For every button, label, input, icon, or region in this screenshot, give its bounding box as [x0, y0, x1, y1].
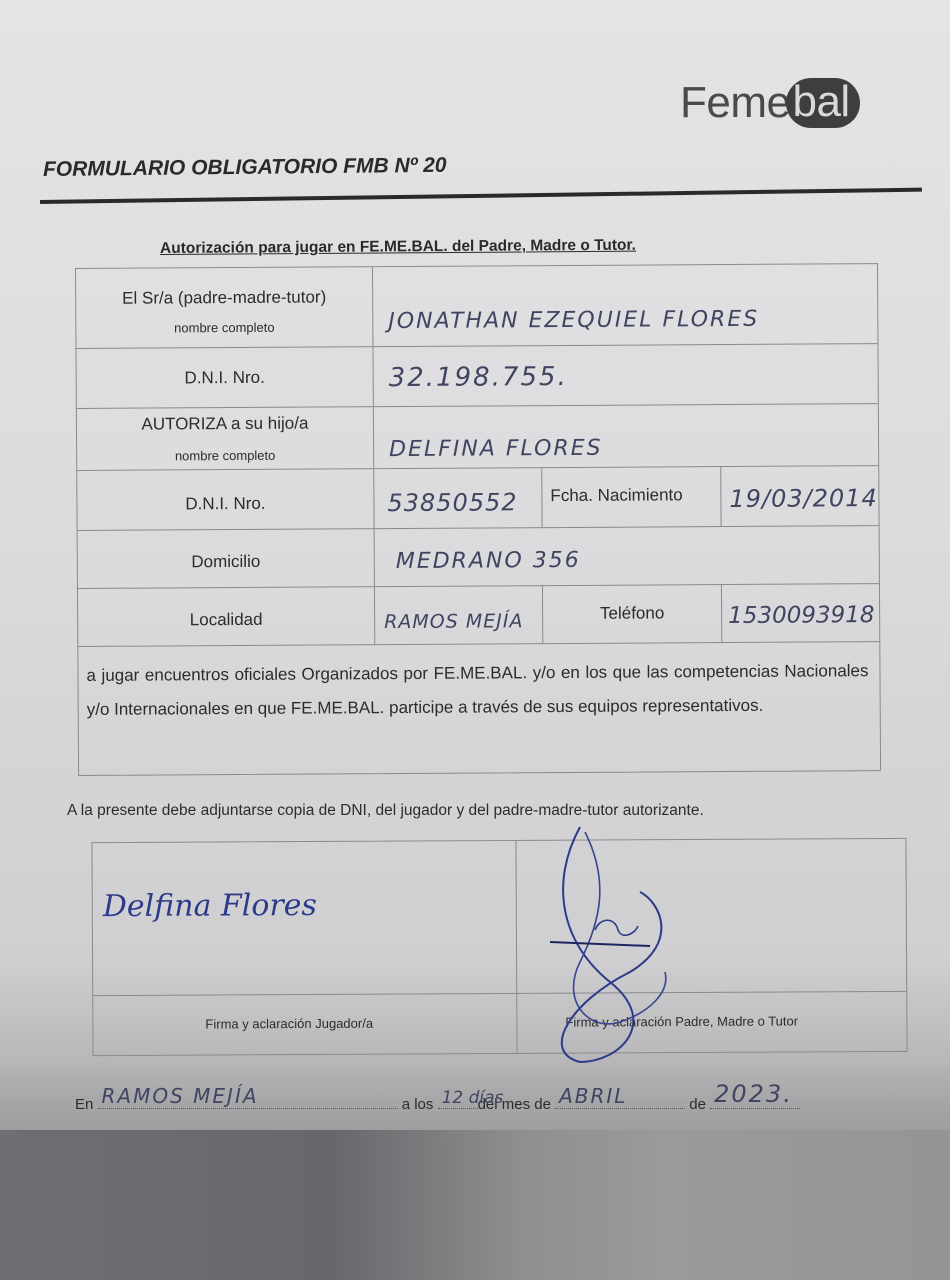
address-label: Domicilio — [78, 551, 374, 573]
logo-badge: bal — [786, 78, 859, 128]
footer-de: de — [689, 1096, 706, 1113]
birth-date-label-cell: Fcha. Nacimiento — [541, 467, 721, 527]
month-value: ABRIL — [559, 1084, 627, 1108]
date-place-line: En RAMOS MEJÍA a los 12 díasdel mes de A… — [75, 1092, 800, 1113]
title-divider — [40, 188, 922, 204]
child-dni-field[interactable]: 53850552 — [387, 488, 517, 517]
label-cell: D.N.I. Nro. — [76, 347, 373, 408]
phone-label-cell: Teléfono — [542, 585, 722, 643]
phone-label: Teléfono — [543, 603, 721, 624]
attachment-note: A la presente debe adjuntarse copia de D… — [67, 802, 704, 820]
parent-sublabel: nombre completo — [76, 319, 372, 336]
background-surface — [0, 1130, 950, 1280]
day-value: 12 días — [442, 1088, 504, 1108]
child-dni-label: D.N.I. Nro. — [77, 493, 373, 515]
player-signature-caption: Firma y aclaración Jugador/a — [205, 1016, 373, 1032]
phone-field[interactable]: 1530093918 — [728, 602, 874, 629]
locality-field[interactable]: RAMOS MEJÍA — [384, 610, 523, 633]
row-address: Domicilio MEDRANO 356 — [78, 526, 879, 589]
row-parent-dni: D.N.I. Nro. 32.198.755. — [76, 344, 877, 409]
place-field[interactable]: RAMOS MEJÍA — [98, 1092, 398, 1109]
authorization-paragraph: a jugar encuentros oficiales Organizados… — [86, 654, 868, 727]
footer-en: En — [75, 1096, 93, 1113]
row-locality: Localidad RAMOS MEJÍA Teléfono 153009391… — [78, 584, 879, 647]
signature-box: Delfina Flores Firma y aclaración Jugado… — [91, 838, 907, 1056]
month-field[interactable]: ABRIL — [555, 1092, 685, 1109]
row-parent-name: El Sr/a (padre-madre-tutor) nombre compl… — [76, 264, 877, 349]
label-cell: D.N.I. Nro. — [77, 469, 374, 530]
signature-line — [93, 991, 906, 996]
row-child-dni: D.N.I. Nro. 53850552 Fcha. Nacimiento 19… — [77, 466, 878, 531]
child-sublabel: nombre completo — [77, 447, 373, 464]
parent-dni-field[interactable]: 32.198.755. — [389, 362, 568, 393]
label-cell: Localidad — [78, 587, 375, 646]
place-value: RAMOS MEJÍA — [102, 1084, 259, 1108]
year-field[interactable]: 2023. — [710, 1092, 800, 1109]
parent-dni-label: D.N.I. Nro. — [77, 367, 373, 389]
row-authorization-text: a jugar encuentros oficiales Organizados… — [78, 642, 880, 777]
birth-date-label: Fcha. Nacimiento — [550, 485, 720, 506]
birth-date-field[interactable]: 19/03/2014 — [729, 484, 877, 513]
footer-a-los: a los — [402, 1096, 434, 1113]
form-title: FORMULARIO OBLIGATORIO FMB Nº 20 — [43, 154, 447, 182]
form-subtitle: Autorización para jugar en FE.ME.BAL. de… — [160, 237, 636, 258]
label-cell: AUTORIZA a su hijo/a nombre completo — [77, 407, 374, 470]
address-field[interactable]: MEDRANO 356 — [396, 548, 581, 574]
child-name-field[interactable]: DELFINA FLORES — [389, 436, 603, 462]
parent-name-field[interactable]: JONATHAN EZEQUIEL FLORES — [388, 307, 759, 334]
guardian-signature-scribble[interactable] — [540, 822, 700, 1072]
year-value: 2023. — [714, 1080, 793, 1108]
signature-divider — [515, 841, 517, 1053]
authorization-table: El Sr/a (padre-madre-tutor) nombre compl… — [75, 263, 881, 776]
player-signature[interactable]: Delfina Flores — [103, 888, 317, 924]
row-child-name: AUTORIZA a su hijo/a nombre completo DEL… — [77, 404, 878, 471]
child-label: AUTORIZA a su hijo/a — [77, 413, 373, 435]
femebal-logo: Femebal — [680, 78, 860, 128]
logo-text: Feme — [680, 78, 790, 128]
parent-label: El Sr/a (padre-madre-tutor) — [76, 287, 372, 309]
label-cell: Domicilio — [78, 529, 375, 588]
label-cell: El Sr/a (padre-madre-tutor) nombre compl… — [76, 267, 373, 348]
day-field[interactable]: 12 días — [438, 1092, 478, 1109]
locality-label: Localidad — [78, 609, 374, 631]
